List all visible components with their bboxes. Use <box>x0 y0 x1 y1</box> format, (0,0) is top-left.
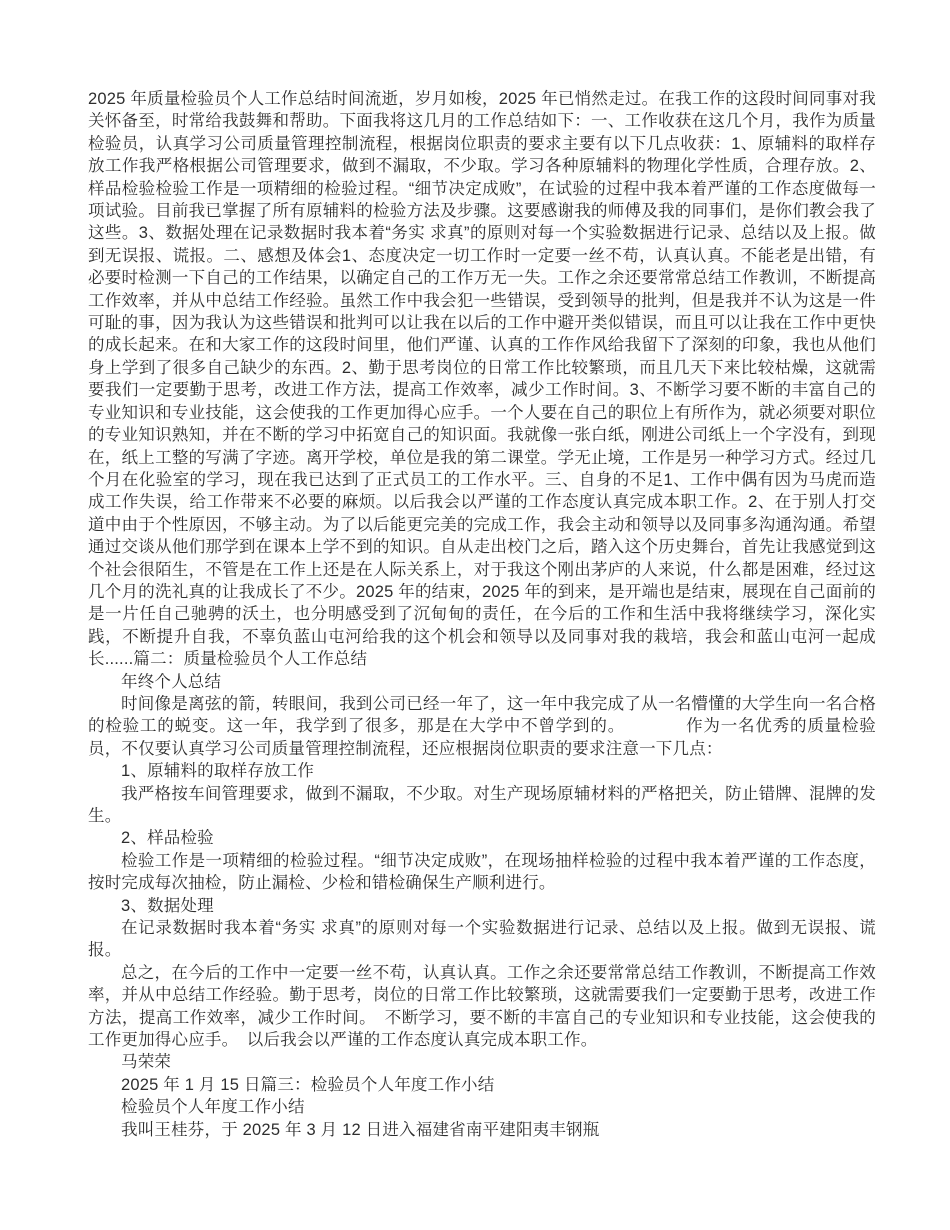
paragraph-intro: 时间像是离弦的箭，转眼间，我到公司已经一年了，这一年中我完成了从一名懵懂的大学生… <box>88 693 876 760</box>
paragraph-item-2-body: 检验工作是一项精细的检验过程。“细节决定成败”，在现场抽样检验的过程中我本着严谨… <box>88 850 876 895</box>
paragraph-item-3-body: 在记录数据时我本着“务实 求真”的原则对每一个实验数据进行记录、总结以及上报。做… <box>88 917 876 962</box>
paragraph-signature-name: 马荣荣 <box>88 1051 876 1073</box>
paragraph-summary-1: 2025 年质量检验员个人工作总结时间流逝，岁月如梭，2025 年已悄然走过。在… <box>88 88 876 671</box>
paragraph-year-end-summary-heading: 年终个人总结 <box>88 671 876 693</box>
paragraph-date-and-part3-title: 2025 年 1 月 15 日篇三：检验员个人年度工作小结 <box>88 1074 876 1096</box>
paragraph-item-1-body: 我严格按车间管理要求，做到不漏取，不少取。对生产现场原辅材料的严格把关，防止错牌… <box>88 783 876 828</box>
document-body-text: 2025 年质量检验员个人工作总结时间流逝，岁月如梭，2025 年已悄然走过。在… <box>88 88 876 1141</box>
paragraph-item-3-heading: 3、数据处理 <box>88 895 876 917</box>
paragraph-conclusion: 总之，在今后的工作中一定要一丝不苟，认真认真。工作之余还要常常总结工作教训，不断… <box>88 962 876 1052</box>
paragraph-item-1-heading: 1、原辅料的取样存放工作 <box>88 760 876 782</box>
paragraph-part3-intro: 我叫王桂芬，于 2025 年 3 月 12 日进入福建省南平建阳夷丰钢瓶 <box>88 1119 876 1141</box>
document-page: 2025 年质量检验员个人工作总结时间流逝，岁月如梭，2025 年已悄然走过。在… <box>0 0 950 1230</box>
paragraph-item-2-heading: 2、样品检验 <box>88 827 876 849</box>
paragraph-part3-heading: 检验员个人年度工作小结 <box>88 1096 876 1118</box>
